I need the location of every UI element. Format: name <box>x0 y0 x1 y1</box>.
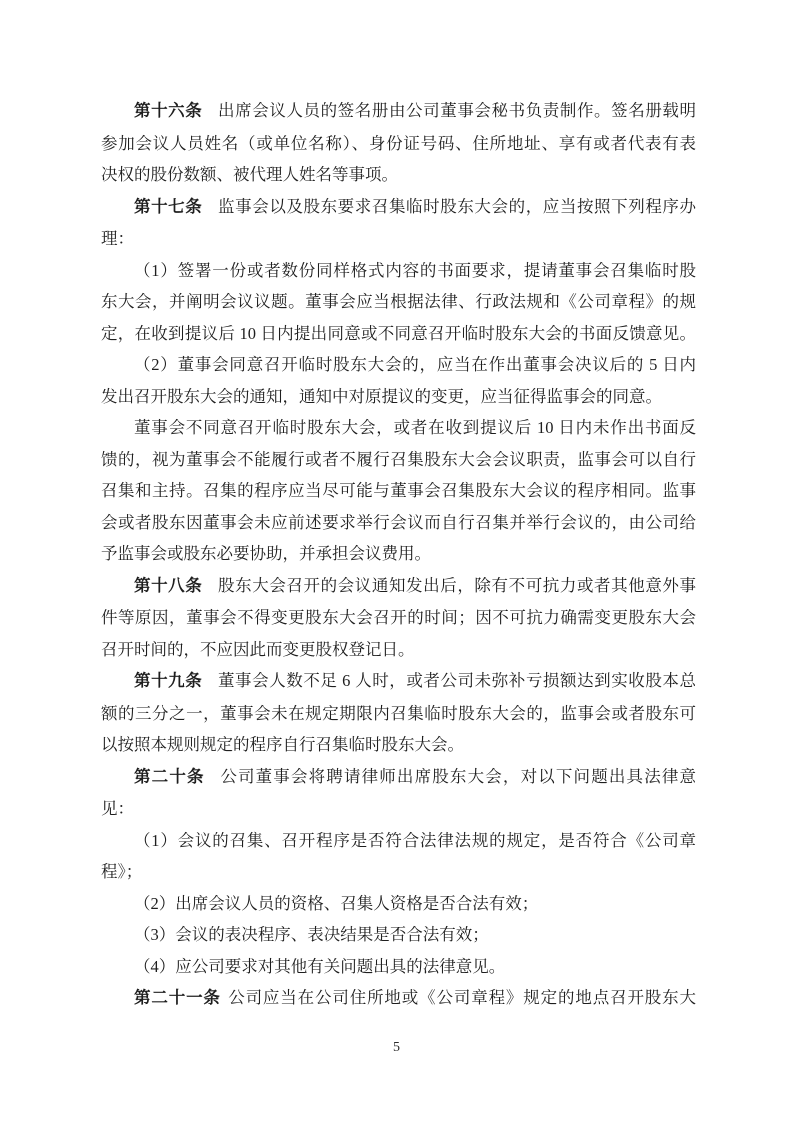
text-line: 召集和主持。召集的程序应当尽可能与董事会召集股东大会议的程序相同。监事 <box>101 475 696 507</box>
text-line: 参加会议人员姓名（或单位名称）、身份证号码、住所地址、享有或者代表有表 <box>101 128 696 160</box>
line-text: 定，在收到提议后 10 日内提出同意或不同意召开临时股东大会的书面反馈意见。 <box>101 324 696 343</box>
line-text: 召集和主持。召集的程序应当尽可能与董事会召集股东大会议的程序相同。监事 <box>101 481 696 500</box>
article-number: 第二十条 <box>134 768 205 786</box>
line-text: 公司董事会将聘请律师出席股东大会，对以下问题出具法律意 <box>220 767 696 786</box>
document-body: 第十六条出席会议人员的签名册由公司董事会秘书负责制作。签名册载明参加会议人员姓名… <box>101 95 696 1015</box>
line-text: 公司应当在公司住所地或《公司章程》规定的地点召开股东大 <box>228 988 696 1007</box>
text-line: 馈的，视为董事会不能履行或者不履行召集股东大会会议职责，监事会可以自行 <box>101 444 696 476</box>
line-text: 东大会，并阐明会议议题。董事会应当根据法律、行政法规和《公司章程》的规 <box>101 292 696 311</box>
text-line: 发出召开股东大会的通知，通知中对原提议的变更，应当征得监事会的同意。 <box>101 381 696 413</box>
line-text: 监事会以及股东要求召集临时股东大会的，应当按照下列程序办 <box>218 197 696 216</box>
text-line: 定，在收到提议后 10 日内提出同意或不同意召开临时股东大会的书面反馈意见。 <box>101 318 696 350</box>
text-line: 第十九条董事会人数不足 6 人时，或者公司未弥补亏损额达到实收股本总 <box>101 665 696 698</box>
text-line: 以按照本规则规定的程序自行召集临时股东大会。 <box>101 729 696 761</box>
text-line: （1）会议的召集、召开程序是否符合法律法规的规定，是否符合《公司章 <box>101 825 696 857</box>
line-text: 见： <box>101 799 134 818</box>
text-line: （2）出席会议人员的资格、召集人资格是否合法有效； <box>101 888 696 920</box>
text-line: 第十六条出席会议人员的签名册由公司董事会秘书负责制作。签名册载明 <box>101 95 696 128</box>
article-number: 第十九条 <box>134 672 202 690</box>
text-line: 额的三分之一，董事会未在规定期限内召集临时股东大会的，监事会或者股东可 <box>101 698 696 730</box>
line-text: 参加会议人员姓名（或单位名称）、身份证号码、住所地址、享有或者代表有表 <box>101 134 696 153</box>
line-text: 董事会人数不足 6 人时，或者公司未弥补亏损额达到实收股本总 <box>218 671 696 690</box>
text-line: 召开时间的，不应因此而变更股权登记日。 <box>101 634 696 666</box>
text-line: （3）会议的表决程序、表决结果是否合法有效； <box>101 919 696 951</box>
text-line: 予监事会或股东必要协助，并承担会议费用。 <box>101 538 696 570</box>
line-text: 件等原因，董事会不得变更股东大会召开的时间；因不可抗力确需变更股东大会 <box>101 608 696 627</box>
article-number: 第十七条 <box>134 198 202 216</box>
text-line: 理： <box>101 223 696 255</box>
line-text: 予监事会或股东必要协助，并承担会议费用。 <box>101 544 431 563</box>
text-line: 第十七条监事会以及股东要求召集临时股东大会的，应当按照下列程序办 <box>101 191 696 224</box>
line-text: 额的三分之一，董事会未在规定期限内召集临时股东大会的，监事会或者股东可 <box>101 704 696 723</box>
article-number: 第十八条 <box>134 577 202 595</box>
text-line: 决权的股份数额、被代理人姓名等事项。 <box>101 159 696 191</box>
line-text: 出席会议人员的签名册由公司董事会秘书负责制作。签名册载明 <box>218 101 696 120</box>
text-line: （4）应公司要求对其他有关问题出具的法律意见。 <box>101 951 696 983</box>
text-line: 第二十一条公司应当在公司住所地或《公司章程》规定的地点召开股东大 <box>101 982 696 1015</box>
line-text: （4）应公司要求对其他有关问题出具的法律意见。 <box>134 957 505 976</box>
line-text: 决权的股份数额、被代理人姓名等事项。 <box>101 165 398 184</box>
line-text: 会或者股东因董事会未应前述要求举行会议而自行召集并举行会议的，由公司给 <box>101 513 696 532</box>
text-line: （1）签署一份或者数份同样格式内容的书面要求，提请董事会召集临时股 <box>101 255 696 287</box>
text-line: 第十八条股东大会召开的会议通知发出后，除有不可抗力或者其他意外事 <box>101 570 696 603</box>
line-text: 董事会不同意召开临时股东大会，或者在收到提议后 10 日内未作出书面反 <box>134 418 696 437</box>
line-text: （2）董事会同意召开临时股东大会的，应当在作出董事会决议后的 5 日内 <box>134 355 696 374</box>
line-text: （1）签署一份或者数份同样格式内容的书面要求，提请董事会召集临时股 <box>134 261 696 280</box>
page-number: 5 <box>0 1040 793 1056</box>
line-text: （1）会议的召集、召开程序是否符合法律法规的规定，是否符合《公司章 <box>134 831 696 850</box>
line-text: （2）出席会议人员的资格、召集人资格是否合法有效； <box>134 894 538 913</box>
text-line: 第二十条公司董事会将聘请律师出席股东大会，对以下问题出具法律意 <box>101 761 696 794</box>
text-line: 会或者股东因董事会未应前述要求举行会议而自行召集并举行会议的，由公司给 <box>101 507 696 539</box>
article-number: 第十六条 <box>134 102 202 120</box>
line-text: （3）会议的表决程序、表决结果是否合法有效； <box>134 925 489 944</box>
document-page: 第十六条出席会议人员的签名册由公司董事会秘书负责制作。签名册载明参加会议人员姓名… <box>0 0 793 1122</box>
line-text: 股东大会召开的会议通知发出后，除有不可抗力或者其他意外事 <box>218 576 696 595</box>
line-text: 馈的，视为董事会不能履行或者不履行召集股东大会会议职责，监事会可以自行 <box>101 450 696 469</box>
line-text: 理： <box>101 229 134 248</box>
line-text: 程》； <box>101 862 142 881</box>
text-line: 东大会，并阐明会议议题。董事会应当根据法律、行政法规和《公司章程》的规 <box>101 286 696 318</box>
text-line: 见： <box>101 793 696 825</box>
line-text: 召开时间的，不应因此而变更股权登记日。 <box>101 640 415 659</box>
line-text: 以按照本规则规定的程序自行召集临时股东大会。 <box>101 735 464 754</box>
article-number: 第二十一条 <box>134 989 221 1007</box>
line-text: 发出召开股东大会的通知，通知中对原提议的变更，应当征得监事会的同意。 <box>101 387 662 406</box>
text-line: 程》； <box>101 856 696 888</box>
text-line: 件等原因，董事会不得变更股东大会召开的时间；因不可抗力确需变更股东大会 <box>101 602 696 634</box>
text-line: 董事会不同意召开临时股东大会，或者在收到提议后 10 日内未作出书面反 <box>101 412 696 444</box>
text-line: （2）董事会同意召开临时股东大会的，应当在作出董事会决议后的 5 日内 <box>101 349 696 381</box>
